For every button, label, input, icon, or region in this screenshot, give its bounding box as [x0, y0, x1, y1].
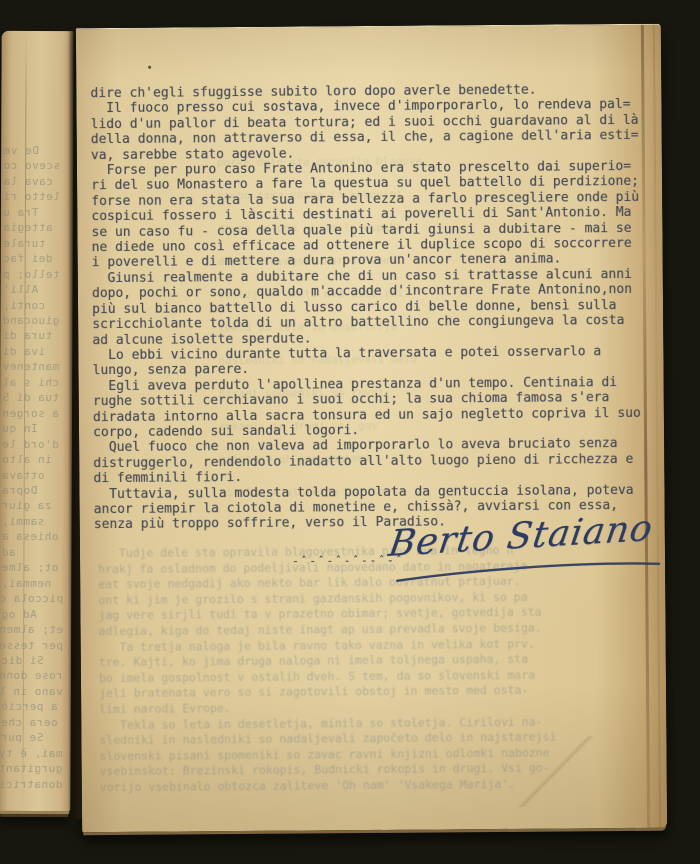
signature-underline	[383, 513, 679, 599]
signature: Berto Staiano	[383, 513, 679, 599]
page-right-edge	[653, 25, 661, 828]
bleedthrough-mirrored-fragments: De vescevo cocava laletto riTra uattegia…	[0, 143, 65, 792]
ink-speck	[148, 66, 151, 69]
previous-page-edge: De vescevo cocava laletto riTra uattegia…	[0, 31, 74, 811]
scanned-page: porve dele sta opravila blagoveravno tak…	[76, 24, 667, 833]
page-fold-crease	[641, 25, 650, 828]
corner-crease	[480, 736, 631, 807]
typewritten-text: dire ch'egli sfuggisse subito loro dopo …	[90, 82, 641, 533]
scan-background: De vescevo cocava laletto riTra uattegia…	[0, 0, 700, 864]
